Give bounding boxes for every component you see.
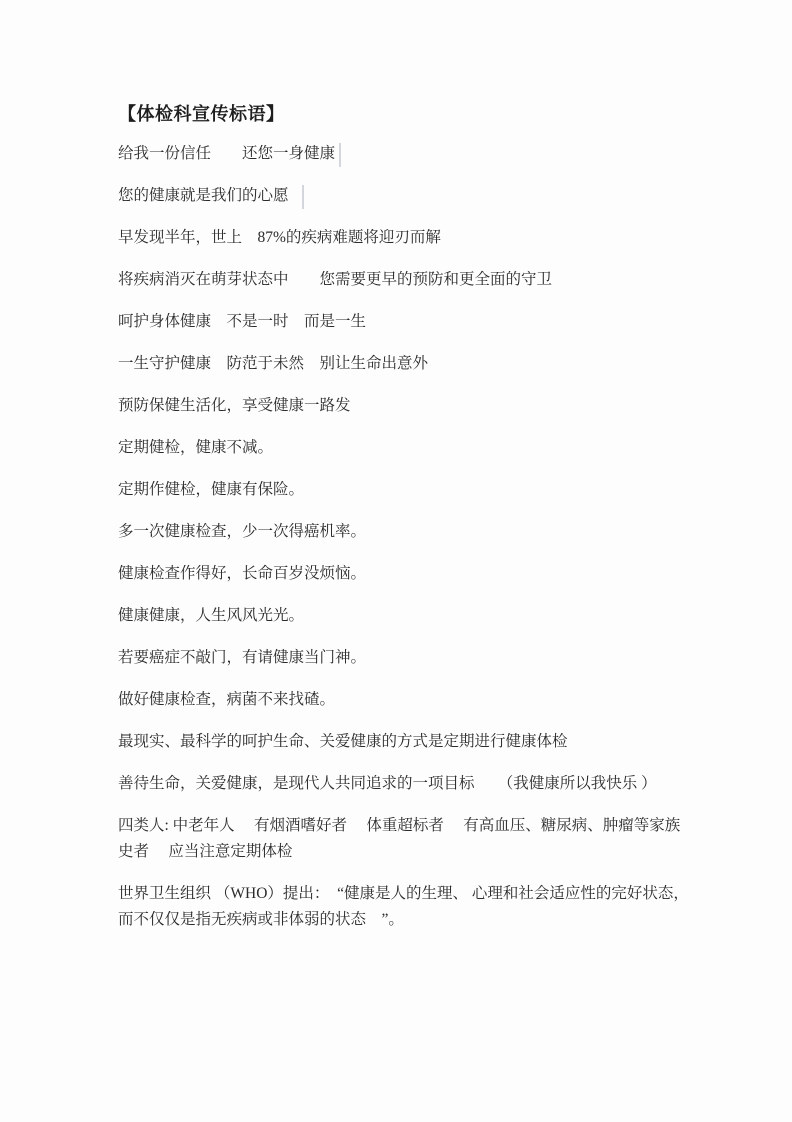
table-border-mark bbox=[302, 185, 304, 209]
slogan-text: 将疾病消灭在萌芽状态中 您需要更早的预防和更全面的守卫 bbox=[118, 271, 552, 288]
slogan-paragraph: 多一次健康检查，少一次得癌机率。 bbox=[118, 519, 748, 545]
slogan-paragraph: 预防保健生活化，享受健康一路发 bbox=[118, 393, 748, 419]
slogan-text: 早发现半年，世上 87%的疾病难题将迎刃而解 bbox=[118, 229, 441, 246]
slogan-paragraph: 健康检查作得好，长命百岁没烦恼。 bbox=[118, 561, 748, 587]
slogan-paragraph: 定期作健检，健康有保险。 bbox=[118, 477, 748, 503]
slogan-paragraph: 将疾病消灭在萌芽状态中 您需要更早的预防和更全面的守卫 bbox=[118, 267, 748, 293]
slogan-text: 健康检查作得好，长命百岁没烦恼。 bbox=[118, 565, 366, 582]
paragraph-line: 史者 应当注意定期体检 bbox=[118, 839, 748, 865]
slogan-paragraph: 一生守护健康 防范于未然 别让生命出意外 bbox=[118, 351, 748, 377]
slogan-text: 最现实、最科学的呵护生命、关爱健康的方式是定期进行健康体检 bbox=[118, 733, 568, 750]
slogan-text: 多一次健康检查，少一次得癌机率。 bbox=[118, 523, 366, 540]
slogan-text: 定期健检，健康不减。 bbox=[118, 439, 273, 456]
slogan-paragraph: 定期健检，健康不减。 bbox=[118, 435, 748, 461]
slogan-text: 给我一份信任 还您一身健康 bbox=[118, 145, 335, 162]
slogan-paragraph: 做好健康检查，病菌不来找碴。 bbox=[118, 687, 748, 713]
slogan-text: 健康健康，人生风风光光。 bbox=[118, 607, 304, 624]
document-body: 【体检科宣传标语】 给我一份信任 还您一身健康 您的健康就是我们的心愿 早发现半… bbox=[118, 101, 748, 949]
slogan-paragraph: 给我一份信任 还您一身健康 bbox=[118, 141, 748, 167]
paragraph-line: 四类人: 中老年人 有烟酒嗜好者 体重超标者 有高血压、糖尿病、肿瘤等家族 bbox=[118, 813, 748, 839]
document-page: 【体检科宣传标语】 给我一份信任 还您一身健康 您的健康就是我们的心愿 早发现半… bbox=[0, 0, 792, 1122]
slogan-paragraph: 善待生命，关爱健康，是现代人共同追求的一项目标 （我健康所以我快乐 ） bbox=[118, 771, 748, 797]
four-groups-paragraph: 四类人: 中老年人 有烟酒嗜好者 体重超标者 有高血压、糖尿病、肿瘤等家族 史者… bbox=[118, 813, 748, 865]
slogan-paragraph: 若要癌症不敲门，有请健康当门神。 bbox=[118, 645, 748, 671]
table-border-mark bbox=[339, 143, 341, 167]
slogan-text: 预防保健生活化，享受健康一路发 bbox=[118, 397, 351, 414]
slogan-text: 若要癌症不敲门，有请健康当门神。 bbox=[118, 649, 366, 666]
slogan-paragraph: 健康健康，人生风风光光。 bbox=[118, 603, 748, 629]
slogan-text: 善待生命，关爱健康，是现代人共同追求的一项目标 （我健康所以我快乐 ） bbox=[118, 775, 657, 792]
slogan-text: 定期作健检，健康有保险。 bbox=[118, 481, 304, 498]
who-definition-paragraph: 世界卫生组织 （WHO）提出： “健康是人的生理、 心理和社会适应性的完好状态，… bbox=[118, 881, 748, 933]
page-title: 【体检科宣传标语】 bbox=[118, 101, 748, 127]
slogan-text: 呵护身体健康 不是一时 而是一生 bbox=[118, 313, 366, 330]
slogan-paragraph: 您的健康就是我们的心愿 bbox=[118, 183, 748, 209]
slogan-text: 做好健康检查，病菌不来找碴。 bbox=[118, 691, 335, 708]
slogan-paragraph: 最现实、最科学的呵护生命、关爱健康的方式是定期进行健康体检 bbox=[118, 729, 748, 755]
slogan-paragraph: 早发现半年，世上 87%的疾病难题将迎刃而解 bbox=[118, 225, 748, 251]
slogan-text: 一生守护健康 防范于未然 别让生命出意外 bbox=[118, 355, 428, 372]
slogan-paragraph: 呵护身体健康 不是一时 而是一生 bbox=[118, 309, 748, 335]
paragraph-line: 而不仅仅是指无疾病或非体弱的状态 ”。 bbox=[118, 907, 748, 933]
slogan-text: 您的健康就是我们的心愿 bbox=[118, 187, 289, 204]
paragraph-line: 世界卫生组织 （WHO）提出： “健康是人的生理、 心理和社会适应性的完好状态， bbox=[118, 881, 748, 907]
